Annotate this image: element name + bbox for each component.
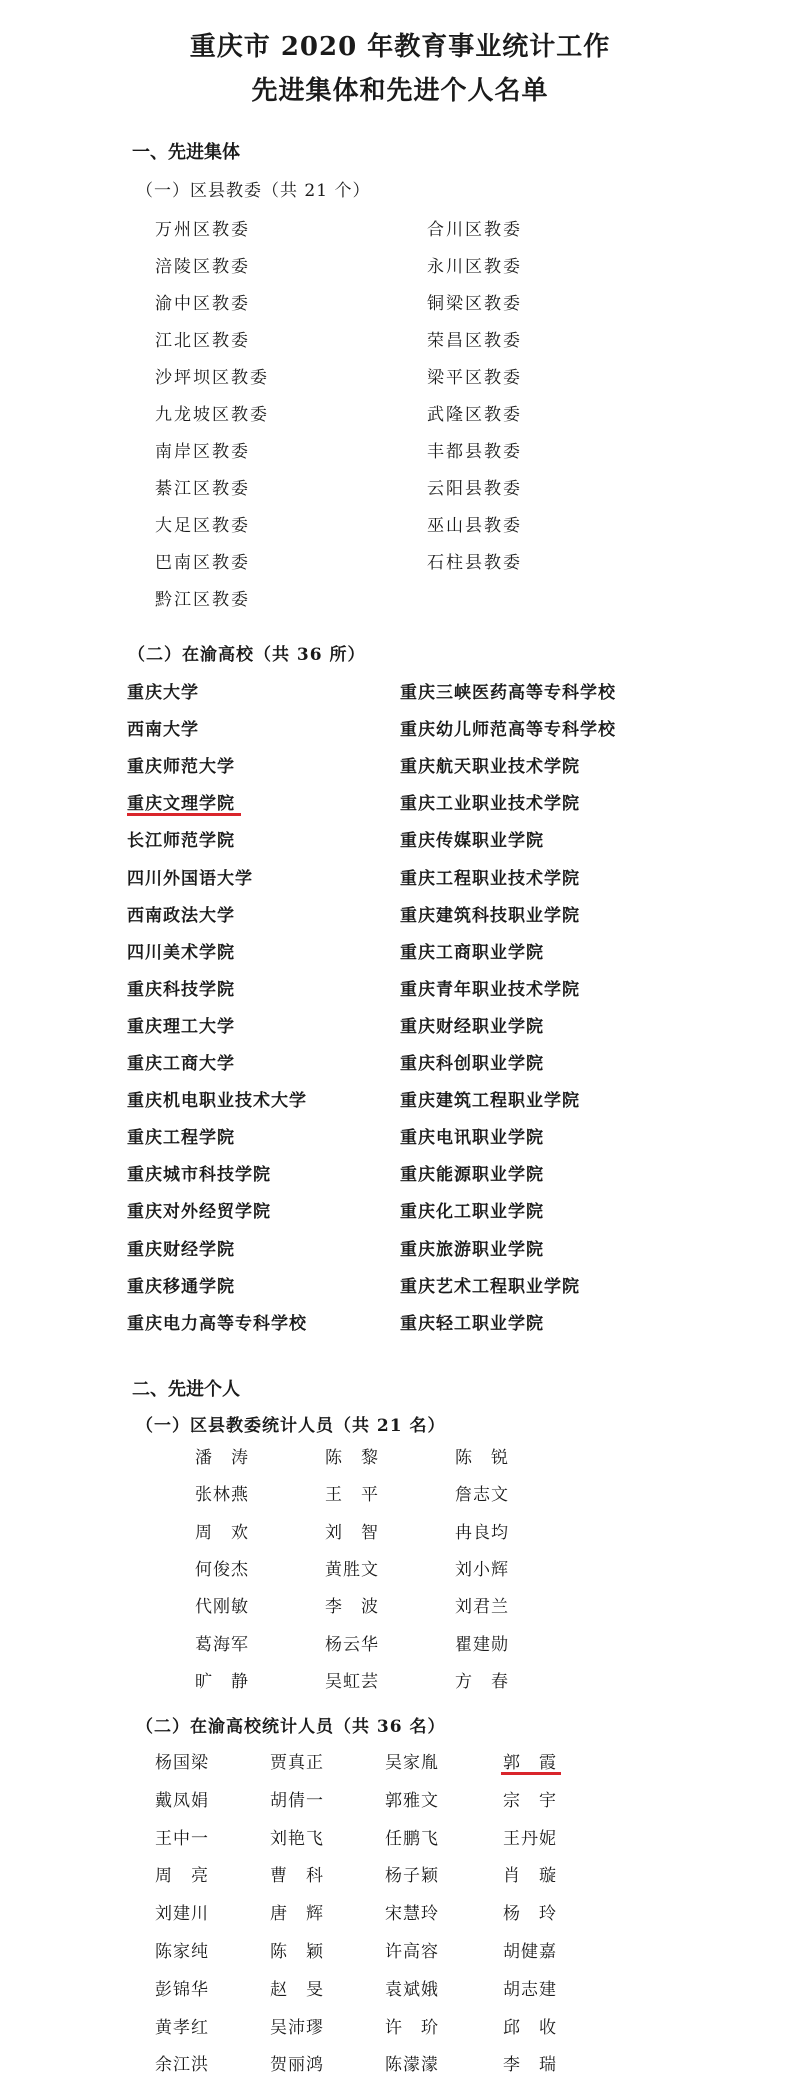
person-name: 郭雅文	[385, 1786, 439, 1811]
person-name: 杨子颖	[385, 1861, 439, 1886]
list-item: 重庆电讯职业学院	[400, 1123, 544, 1148]
list-item: 重庆轻工职业学院	[400, 1309, 544, 1334]
person-name: 张林燕	[195, 1480, 249, 1505]
list-item: 沙坪坝区教委	[155, 363, 269, 388]
person-name: 方 春	[455, 1667, 509, 1692]
person-name: 郭 霞	[503, 1748, 557, 1773]
person-name: 陈濛濛	[385, 2050, 439, 2075]
person-name: 袁斌娥	[385, 1975, 439, 2000]
list-item: 重庆化工职业学院	[400, 1197, 544, 1222]
person-name: 胡健嘉	[503, 1937, 557, 1962]
list-item: 重庆航天职业技术学院	[400, 752, 580, 777]
list-item: 重庆建筑科技职业学院	[400, 901, 580, 926]
person-name: 旷 静	[195, 1667, 249, 1692]
list-item: 重庆艺术工程职业学院	[400, 1272, 580, 1297]
person-name: 王中一	[155, 1824, 209, 1849]
person-name: 陈 锐	[455, 1443, 509, 1468]
list-item: 重庆大学	[127, 678, 199, 703]
list-item: 重庆工程学院	[127, 1123, 235, 1148]
list-item: 铜梁区教委	[427, 289, 522, 314]
list-item: 重庆科技学院	[127, 975, 235, 1000]
person-name: 吴家胤	[385, 1748, 439, 1773]
person-name: 赵 旻	[270, 1975, 324, 2000]
list-item: 重庆青年职业技术学院	[400, 975, 580, 1000]
person-name: 曹 科	[270, 1861, 324, 1886]
list-item: 重庆财经学院	[127, 1235, 235, 1260]
list-item: 合川区教委	[427, 215, 522, 240]
list-item: 巫山县教委	[427, 511, 522, 536]
list-item: 西南政法大学	[127, 901, 235, 926]
list-item: 江北区教委	[155, 326, 250, 351]
person-name: 代刚敏	[195, 1592, 249, 1617]
person-name: 刘君兰	[455, 1592, 509, 1617]
person-name: 黄孝红	[155, 2013, 209, 2038]
person-name: 贾真正	[270, 1748, 324, 1773]
list-item: 綦江区教委	[155, 474, 250, 499]
person-name: 王 平	[325, 1480, 379, 1505]
list-item: 重庆工业职业技术学院	[400, 789, 580, 814]
person-name: 刘艳飞	[270, 1824, 324, 1849]
person-name: 黄胜文	[325, 1555, 379, 1580]
list-item: 四川外国语大学	[127, 864, 253, 889]
list-item: 重庆电力高等专科学校	[127, 1309, 307, 1334]
document-title-line1: 重庆市 2020 年教育事业统计工作	[0, 26, 800, 63]
list-item: 重庆移通学院	[127, 1272, 235, 1297]
list-item: 重庆城市科技学院	[127, 1160, 271, 1185]
person-name: 肖 璇	[503, 1861, 557, 1886]
list-item: 重庆工商职业学院	[400, 938, 544, 963]
list-item: 万州区教委	[155, 215, 250, 240]
person-name: 詹志文	[455, 1480, 509, 1505]
list-item: 重庆三峡医药高等专科学校	[400, 678, 616, 703]
list-item: 永川区教委	[427, 252, 522, 277]
person-name: 宗 宇	[503, 1786, 557, 1811]
list-item: 重庆科创职业学院	[400, 1049, 544, 1074]
list-item: 重庆幼儿师范高等专科学校	[400, 715, 616, 740]
person-name: 李 波	[325, 1592, 379, 1617]
person-name: 潘 涛	[195, 1443, 249, 1468]
list-item: 重庆工程职业技术学院	[400, 864, 580, 889]
list-item: 九龙坡区教委	[155, 400, 269, 425]
person-name: 胡志建	[503, 1975, 557, 2000]
person-name: 刘建川	[155, 1899, 209, 1924]
list-item: 重庆建筑工程职业学院	[400, 1086, 580, 1111]
person-name: 葛海军	[195, 1630, 249, 1655]
highlight-underline	[127, 813, 241, 816]
person-name: 贺丽鸿	[270, 2050, 324, 2075]
list-item: 西南大学	[127, 715, 199, 740]
list-item: 石柱县教委	[427, 548, 522, 573]
list-item: 长江师范学院	[127, 826, 235, 851]
list-item: 重庆财经职业学院	[400, 1012, 544, 1037]
list-item: 重庆旅游职业学院	[400, 1235, 544, 1260]
person-name: 杨 玲	[503, 1899, 557, 1924]
list-item: 重庆文理学院	[127, 789, 235, 814]
person-name: 瞿建勋	[455, 1630, 509, 1655]
person-name: 何俊杰	[195, 1555, 249, 1580]
person-name: 余江洪	[155, 2050, 209, 2075]
person-name: 周 亮	[155, 1861, 209, 1886]
section1-sub1-heading: （一）区县教委（共 21 个）	[136, 176, 370, 201]
list-item: 南岸区教委	[155, 437, 250, 462]
document-title-line2: 先进集体和先进个人名单	[0, 70, 800, 107]
person-name: 杨国梁	[155, 1748, 209, 1773]
list-item: 黔江区教委	[155, 585, 250, 610]
section2-heading: 二、先进个人	[132, 1375, 240, 1401]
list-item: 重庆师范大学	[127, 752, 235, 777]
person-name: 唐 辉	[270, 1899, 324, 1924]
person-name: 许 玠	[385, 2013, 439, 2038]
person-name: 王丹妮	[503, 1824, 557, 1849]
section1-sub2-heading: （二）在渝高校（共 36 所）	[128, 640, 366, 665]
person-name: 冉良均	[455, 1518, 509, 1543]
person-name: 刘 智	[325, 1518, 379, 1543]
person-name: 宋慧玲	[385, 1899, 439, 1924]
person-name: 刘小辉	[455, 1555, 509, 1580]
person-name: 吴虹芸	[325, 1667, 379, 1692]
person-name: 戴凤娟	[155, 1786, 209, 1811]
list-item: 重庆对外经贸学院	[127, 1197, 271, 1222]
person-name: 周 欢	[195, 1518, 249, 1543]
list-item: 涪陵区教委	[155, 252, 250, 277]
person-name: 陈 黎	[325, 1443, 379, 1468]
person-name: 吴沛璆	[270, 2013, 324, 2038]
person-name: 陈家纯	[155, 1937, 209, 1962]
person-name: 邱 收	[503, 2013, 557, 2038]
list-item: 重庆传媒职业学院	[400, 826, 544, 851]
list-item: 重庆机电职业技术大学	[127, 1086, 307, 1111]
list-item: 荣昌区教委	[427, 326, 522, 351]
list-item: 四川美术学院	[127, 938, 235, 963]
list-item: 梁平区教委	[427, 363, 522, 388]
list-item: 重庆理工大学	[127, 1012, 235, 1037]
list-item: 武隆区教委	[427, 400, 522, 425]
person-name: 李 瑞	[503, 2050, 557, 2075]
person-name: 胡倩一	[270, 1786, 324, 1811]
person-name: 任鹏飞	[385, 1824, 439, 1849]
highlight-underline	[501, 1772, 561, 1775]
section1-heading: 一、先进集体	[132, 138, 240, 164]
list-item: 大足区教委	[155, 511, 250, 536]
section2-sub2-heading: （二）在渝高校统计人员（共 36 名）	[136, 1712, 446, 1737]
person-name: 许高容	[385, 1937, 439, 1962]
list-item: 渝中区教委	[155, 289, 250, 314]
person-name: 彭锦华	[155, 1975, 209, 2000]
list-item: 巴南区教委	[155, 548, 250, 573]
list-item: 丰都县教委	[427, 437, 522, 462]
person-name: 陈 颖	[270, 1937, 324, 1962]
list-item: 重庆能源职业学院	[400, 1160, 544, 1185]
list-item: 重庆工商大学	[127, 1049, 235, 1074]
section2-sub1-heading: （一）区县教委统计人员（共 21 名）	[136, 1411, 446, 1436]
list-item: 云阳县教委	[427, 474, 522, 499]
person-name: 杨云华	[325, 1630, 379, 1655]
